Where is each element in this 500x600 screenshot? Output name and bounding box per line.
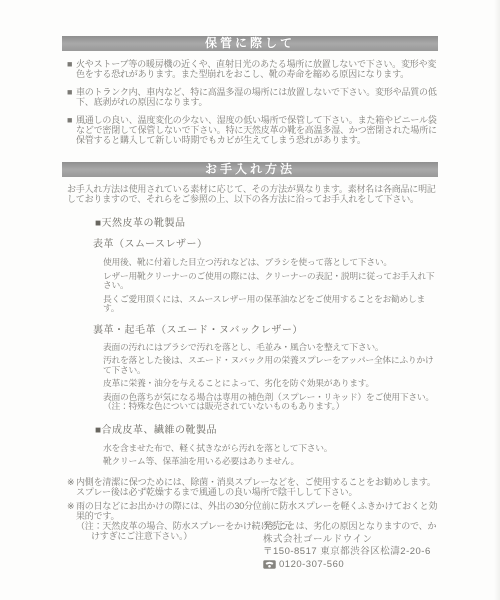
instruction-line: 使用後、靴に付着した目立つ汚れなどは、ブラシを使って落として下さい。 [103,258,437,268]
storage-bullet-heat: ■ 火やストーブ等の暖房機の近くや、直射日光のあたる場所に放置しないで下さい。変… [67,59,439,79]
heading-natural-leather: ■天然皮革の靴製品 [95,219,500,229]
bullet-text: 風通しの良い、温度変化の少ない、湿度の低い場所で保管して下さい。また箱やビニール… [76,115,439,145]
phone-number: 0120-307-560 [279,559,344,572]
freedial-phone-icon [263,560,276,569]
bullet-text: 車のトランク内、車内など、特に高温多湿の場所には放置しないで下さい。変形や品質の… [76,87,439,107]
subheading-smooth-leather: 表革（スムースレザー） [93,240,500,250]
company-name: 株式会社ゴールドウイン [263,534,431,547]
square-bullet-icon: ■ [67,59,76,79]
instruction-line: 汚れを落とした後は、スエード・ヌバック用の栄養スプレーをアッパー全体にふりかけて… [103,356,437,375]
smooth-leather-instructions: 使用後、靴に付着した目立つ汚れなどは、ブラシを使って落として下さい。 レザー用靴… [103,258,437,314]
care-intro-paragraph: お手入れ方法は使用されている素材に応じて、その方法が異なります。素材名は各商品に… [67,184,439,204]
instruction-line: 水を含ませた布で、軽く拭きながら汚れを落として下さい。 [103,444,437,454]
square-bullet-icon: ■ [67,87,76,107]
instruction-line: 靴クリーム等、保革油を用いる必要はありません。 [103,457,437,467]
instruction-line: 皮革に栄養・油分を与えることによって、劣化を防ぐ効果があります。 [103,379,437,389]
suede-nubuck-instructions: 表面の汚れにはブラシで汚れを落とし、毛並み・風合いを整えて下さい。 汚れを落とし… [103,343,437,412]
storage-bullet-car: ■ 車のトランク内、車内など、特に高温多湿の場所には放置しないで下さい。変形や品… [67,87,439,107]
care-instruction-sheet: 保管に際して ■ 火やストーブ等の暖房機の近くや、直射日光のあたる場所に放置しな… [0,0,500,600]
storage-bullet-ventilation: ■ 風通しの良い、温度変化の少ない、湿度の低い場所で保管して下さい。また箱やビニ… [67,115,439,145]
storage-bullet-list: ■ 火やストーブ等の暖房機の近くや、直射日光のあたる場所に放置しないで下さい。変… [67,59,439,145]
section-title-care: お手入れ方法 [62,162,438,177]
instruction-line: レザー用靴クリーナーのご使用の際には、クリーナーの表記・説明に従ってお手入れ下さ… [103,272,437,291]
footnote-text: 内側を清潔に保つためには、除菌・消臭スプレーなどを、ご使用することをお勧めします… [76,477,439,497]
section-title-storage: 保管に際して [62,36,438,51]
company-address: 〒150-8517 東京都渋谷区松濤2-20-6 [263,546,431,559]
subheading-suede-nubuck: 裏革・起毛革（スエード・ヌバックレザー） [93,326,500,336]
instruction-note-line: （注：特殊な色については販売されていないものもあります。） [103,402,437,412]
note-mark-icon: ※ [67,501,76,541]
heading-text: 天然皮革の靴製品 [102,218,186,229]
heading-text: 合成皮革、繊維の靴製品 [102,425,218,436]
instruction-line: 表面の汚れにはブラシで汚れを落とし、毛並み・風合いを整えて下さい。 [103,343,437,353]
note-mark-icon: ※ [67,477,76,497]
instruction-line: 長くご愛用頂くには、スムースレザー用の保革油などをご使用することをお勧めします。 [103,295,437,314]
heading-synthetic-fiber: ■合成皮革、繊維の靴製品 [95,426,500,436]
square-bullet-icon: ■ [67,115,76,145]
distributor-label: 発売元 [263,521,431,534]
footnote-main: 雨の日などにお出かけの際には、外出の30分位前に防水スプレーを軽くふきかけておく… [76,501,437,521]
phone-row: 0120-307-560 [263,559,431,572]
synthetic-instructions: 水を含ませた布で、軽く拭きながら汚れを落として下さい。 靴クリーム等、保革油を用… [103,444,437,467]
distributor-block: 発売元 株式会社ゴールドウイン 〒150-8517 東京都渋谷区松濤2-20-6… [263,521,431,571]
bullet-text: 火やストーブ等の暖房機の近くや、直射日光のあたる場所に放置しないで下さい。変形や… [76,59,439,79]
footnote-deodorant: ※ 内側を清潔に保つためには、除菌・消臭スプレーなどを、ご使用することをお勧めし… [67,477,439,497]
